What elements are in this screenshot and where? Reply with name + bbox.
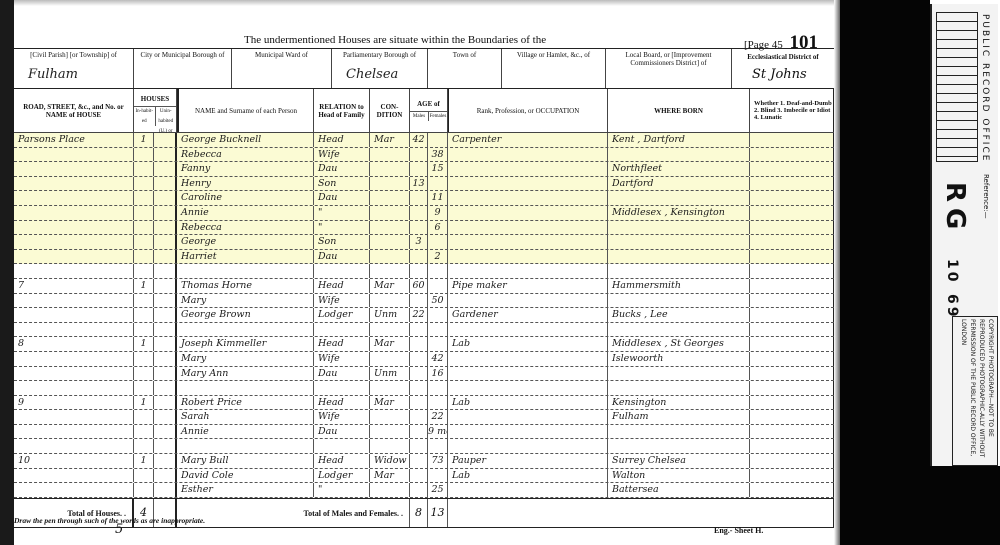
occupation-cell <box>448 294 608 308</box>
address-cell <box>14 235 134 249</box>
total-persons-label: Total of Males and Females. . <box>177 499 410 527</box>
reference-code: RG <box>940 182 970 235</box>
inhabited-cell <box>134 177 154 191</box>
table-row: Parsons Place1George BucknellHeadMar42Ca… <box>14 133 834 148</box>
uninhabited-cell <box>154 235 177 249</box>
scan-top-edge <box>14 0 834 6</box>
col-age: AGE of Males Females <box>410 89 448 132</box>
condition-cell: Widow <box>370 454 410 468</box>
address-cell: Parsons Place <box>14 133 134 147</box>
occupation-cell <box>448 367 608 381</box>
condition-cell: Unm <box>370 367 410 381</box>
age-female-cell <box>428 337 448 351</box>
admin-parl-borough: Parliamentary Borough of Chelsea <box>332 49 428 88</box>
where-born-cell: Walton <box>608 469 750 483</box>
occupation-cell <box>448 439 608 453</box>
condition-cell: Mar <box>370 133 410 147</box>
uninhabited-cell <box>154 323 177 337</box>
condition-cell <box>370 177 410 191</box>
uninhabited-cell <box>154 162 177 176</box>
address-cell: 7 <box>14 279 134 293</box>
admin-ecclesiastical: Ecclesiastical District of St Johns <box>732 48 834 88</box>
address-cell <box>14 469 134 483</box>
age-male-cell <box>410 483 428 497</box>
inhabited-cell <box>134 352 154 366</box>
copyright-notice: COPYRIGHT PHOTOGRAPH—NOT TO BE REPRODUCE… <box>952 316 998 466</box>
condition-cell <box>370 294 410 308</box>
age-female-cell <box>428 381 448 395</box>
name-cell: Henry <box>177 177 314 191</box>
relation-cell: Head <box>314 337 370 351</box>
age-male-cell: 13 <box>410 177 428 191</box>
where-born-cell <box>608 250 750 264</box>
name-cell: Mary <box>177 294 314 308</box>
address-cell <box>14 483 134 497</box>
inhabited-cell: 1 <box>134 396 154 410</box>
relation-cell: Head <box>314 279 370 293</box>
infirmity-cell <box>750 250 834 264</box>
address-cell <box>14 191 134 205</box>
sheet-banner: The undermentioned Houses are situate wi… <box>244 34 546 46</box>
inhabited-cell: 1 <box>134 133 154 147</box>
admin-parish: [Civil Parish] [or Township] of Fulham <box>14 49 134 88</box>
scan-bottom-corner <box>930 466 1000 545</box>
name-cell: Esther <box>177 483 314 497</box>
age-male-cell <box>410 352 428 366</box>
table-row: AnnieDau9 mo <box>14 425 834 440</box>
age-male-cell <box>410 221 428 235</box>
infirmity-cell <box>750 133 834 147</box>
infirmity-cell <box>750 148 834 162</box>
col-occupation: Rank, Profession, or OCCUPATION <box>448 89 608 132</box>
inhabited-cell <box>134 323 154 337</box>
infirmity-cell <box>750 264 834 278</box>
infirmity-cell <box>750 294 834 308</box>
uninhabited-cell <box>154 352 177 366</box>
table-row: HarrietDau2 <box>14 250 834 265</box>
uninhabited-cell <box>154 439 177 453</box>
age-female-cell: 6 <box>428 221 448 235</box>
inhabited-cell <box>134 483 154 497</box>
age-female-cell: 22 <box>428 410 448 424</box>
age-female-cell: 15 <box>428 162 448 176</box>
uninhabited-cell <box>154 191 177 205</box>
age-male-cell <box>410 294 428 308</box>
relation-cell: " <box>314 221 370 235</box>
age-female-cell: 73 <box>428 454 448 468</box>
relation-cell: Wife <box>314 410 370 424</box>
address-cell <box>14 177 134 191</box>
archive-reference-strip: PUBLIC RECORD OFFICE Reference:— RG 10 6… <box>930 4 998 466</box>
relation-cell: Dau <box>314 367 370 381</box>
age-male-cell <box>410 396 428 410</box>
age-female-cell <box>428 279 448 293</box>
name-cell: Joseph Kimmeller <box>177 337 314 351</box>
address-cell <box>14 410 134 424</box>
uninhabited-cell <box>154 410 177 424</box>
relation-cell: Lodger <box>314 469 370 483</box>
infirmity-cell <box>750 221 834 235</box>
age-male-cell: 42 <box>410 133 428 147</box>
address-cell <box>14 381 134 395</box>
relation-cell <box>314 439 370 453</box>
inhabited-cell <box>134 410 154 424</box>
age-male-cell <box>410 425 428 439</box>
relation-cell: Dau <box>314 162 370 176</box>
relation-cell <box>314 323 370 337</box>
table-row: GeorgeSon3 <box>14 235 834 250</box>
age-female-cell: 16 <box>428 367 448 381</box>
name-cell <box>177 323 314 337</box>
inhabited-cell <box>134 294 154 308</box>
relation-cell: Wife <box>314 352 370 366</box>
age-female-cell <box>428 439 448 453</box>
total-females: 13 <box>428 499 448 527</box>
condition-cell <box>370 264 410 278</box>
col-uninhabited: Unin-habited (U.) or Building (B.) <box>156 107 177 126</box>
uninhabited-cell <box>154 264 177 278</box>
name-cell: Robert Price <box>177 396 314 410</box>
age-female-cell <box>428 133 448 147</box>
condition-cell <box>370 381 410 395</box>
infirmity-cell <box>750 410 834 424</box>
table-row: 81Joseph KimmellerHeadMarLabMiddlesex , … <box>14 337 834 352</box>
where-born-cell: Hammersmith <box>608 279 750 293</box>
uninhabited-cell <box>154 294 177 308</box>
table-row: HenrySon13Dartford <box>14 177 834 192</box>
age-female-cell <box>428 235 448 249</box>
where-born-cell <box>608 264 750 278</box>
age-male-cell <box>410 191 428 205</box>
age-male-cell <box>410 469 428 483</box>
age-female-cell: 50 <box>428 294 448 308</box>
address-cell <box>14 352 134 366</box>
condition-cell: Mar <box>370 279 410 293</box>
address-cell: 10 <box>14 454 134 468</box>
address-cell <box>14 162 134 176</box>
occupation-cell <box>448 235 608 249</box>
where-born-cell <box>608 148 750 162</box>
where-born-cell: Kent , Dartford <box>608 133 750 147</box>
where-born-cell <box>608 381 750 395</box>
uninhabited-cell <box>154 381 177 395</box>
age-female-cell <box>428 396 448 410</box>
name-cell: David Cole <box>177 469 314 483</box>
name-cell: George Brown <box>177 308 314 322</box>
condition-cell <box>370 148 410 162</box>
occupation-cell <box>448 250 608 264</box>
table-row: Mary AnnDauUnm16 <box>14 367 834 382</box>
age-male-cell <box>410 148 428 162</box>
occupation-cell: Pauper <box>448 454 608 468</box>
address-cell: 9 <box>14 396 134 410</box>
age-male-cell <box>410 337 428 351</box>
table-row: Annie"9Middlesex , Kensington <box>14 206 834 221</box>
address-cell: 8 <box>14 337 134 351</box>
address-cell <box>14 206 134 220</box>
condition-cell: Unm <box>370 308 410 322</box>
inhabited-cell <box>134 381 154 395</box>
occupation-cell: Gardener <box>448 308 608 322</box>
name-cell: Rebecca <box>177 148 314 162</box>
scale-ruler <box>936 12 978 162</box>
occupation-cell <box>448 148 608 162</box>
col-where-born: WHERE BORN <box>608 89 750 132</box>
col-name: NAME and Surname of each Person <box>177 89 314 132</box>
age-male-cell: 3 <box>410 235 428 249</box>
col-age-males: Males <box>410 112 429 121</box>
relation-cell: " <box>314 206 370 220</box>
infirmity-cell <box>750 323 834 337</box>
col-condition: CON-DITION <box>370 89 410 132</box>
relation-cell: Son <box>314 235 370 249</box>
occupation-cell <box>448 206 608 220</box>
age-male-cell <box>410 250 428 264</box>
address-cell <box>14 367 134 381</box>
admin-village: Village or Hamlet, &c., of <box>502 49 606 88</box>
name-cell: Mary Ann <box>177 367 314 381</box>
relation-cell <box>314 264 370 278</box>
age-male-cell <box>410 323 428 337</box>
uninhabited-cell <box>154 337 177 351</box>
condition-cell <box>370 352 410 366</box>
inhabited-cell <box>134 250 154 264</box>
inhabited-cell <box>134 221 154 235</box>
address-cell <box>14 323 134 337</box>
table-row <box>14 323 834 338</box>
occupation-cell <box>448 162 608 176</box>
table-body: Parsons Place1George BucknellHeadMar42Ca… <box>14 133 834 498</box>
name-cell: Caroline <box>177 191 314 205</box>
address-cell <box>14 425 134 439</box>
where-born-cell <box>608 294 750 308</box>
uninhabited-cell <box>154 483 177 497</box>
where-born-cell: Battersea <box>608 483 750 497</box>
where-born-cell: Surrey Chelsea <box>608 454 750 468</box>
relation-cell <box>314 381 370 395</box>
where-born-cell <box>608 367 750 381</box>
table-row: David ColeLodgerMarLabWalton <box>14 469 834 484</box>
table-row <box>14 264 834 279</box>
relation-cell: Lodger <box>314 308 370 322</box>
inhabited-cell <box>134 308 154 322</box>
infirmity-cell <box>750 454 834 468</box>
inhabited-cell: 1 <box>134 337 154 351</box>
name-cell: Fanny <box>177 162 314 176</box>
where-born-cell <box>608 221 750 235</box>
where-born-cell: Kensington <box>608 396 750 410</box>
condition-cell <box>370 483 410 497</box>
where-born-cell <box>608 191 750 205</box>
relation-cell: Head <box>314 133 370 147</box>
age-male-cell <box>410 162 428 176</box>
age-female-cell: 11 <box>428 191 448 205</box>
occupation-cell <box>448 381 608 395</box>
table-row: RebeccaWife38 <box>14 148 834 163</box>
uninhabited-cell <box>154 396 177 410</box>
relation-cell: " <box>314 483 370 497</box>
relation-cell: Head <box>314 396 370 410</box>
age-female-cell <box>428 323 448 337</box>
table-row <box>14 439 834 454</box>
age-female-cell <box>428 264 448 278</box>
condition-cell <box>370 206 410 220</box>
uninhabited-cell <box>154 469 177 483</box>
inhabited-cell <box>134 148 154 162</box>
where-born-cell: Fulham <box>608 410 750 424</box>
where-born-cell: Middlesex , St Georges <box>608 337 750 351</box>
age-female-cell: 9 mo <box>428 425 448 439</box>
table-row: MaryWife50 <box>14 294 834 309</box>
age-female-cell: 42 <box>428 352 448 366</box>
parl-borough-value: Chelsea <box>346 67 398 82</box>
scan-dark-margin <box>840 0 930 545</box>
footnote: Draw the pen through such of the words a… <box>14 516 205 525</box>
address-cell <box>14 221 134 235</box>
condition-cell <box>370 439 410 453</box>
where-born-cell: Islewoorth <box>608 352 750 366</box>
age-female-cell <box>428 177 448 191</box>
age-female-cell: 25 <box>428 483 448 497</box>
infirmity-cell <box>750 206 834 220</box>
condition-cell <box>370 221 410 235</box>
where-born-cell: Middlesex , Kensington <box>608 206 750 220</box>
where-born-cell <box>608 439 750 453</box>
name-cell <box>177 439 314 453</box>
total-males: 8 <box>410 499 428 527</box>
infirmity-cell <box>750 439 834 453</box>
occupation-cell <box>448 483 608 497</box>
inhabited-cell: 1 <box>134 279 154 293</box>
condition-cell <box>370 410 410 424</box>
condition-cell <box>370 250 410 264</box>
inhabited-cell <box>134 439 154 453</box>
address-cell <box>14 439 134 453</box>
age-male-cell: 60 <box>410 279 428 293</box>
col-relation: RELATION to Head of Family <box>314 89 370 132</box>
occupation-cell <box>448 425 608 439</box>
relation-cell: Wife <box>314 294 370 308</box>
infirmity-cell <box>750 337 834 351</box>
age-female-cell <box>428 469 448 483</box>
infirmity-cell <box>750 367 834 381</box>
name-cell: Mary <box>177 352 314 366</box>
where-born-cell: Bucks , Lee <box>608 308 750 322</box>
name-cell: Harriet <box>177 250 314 264</box>
table-row: CarolineDau11 <box>14 191 834 206</box>
where-born-cell <box>608 323 750 337</box>
table-row: Rebecca"6 <box>14 221 834 236</box>
where-born-cell <box>608 235 750 249</box>
age-male-cell <box>410 381 428 395</box>
where-born-cell: Dartford <box>608 177 750 191</box>
name-cell <box>177 381 314 395</box>
name-cell: Annie <box>177 206 314 220</box>
name-cell <box>177 264 314 278</box>
name-cell: Annie <box>177 425 314 439</box>
infirmity-cell <box>750 308 834 322</box>
occupation-cell <box>448 191 608 205</box>
occupation-cell: Carpenter <box>448 133 608 147</box>
occupation-cell <box>448 410 608 424</box>
age-male-cell <box>410 439 428 453</box>
condition-cell <box>370 323 410 337</box>
ecclesiastical-value: St Johns <box>752 67 807 82</box>
reference-num: 10 <box>944 259 960 284</box>
condition-cell <box>370 162 410 176</box>
inhabited-cell <box>134 469 154 483</box>
uninhabited-cell <box>154 221 177 235</box>
condition-cell: Mar <box>370 337 410 351</box>
uninhabited-cell <box>154 425 177 439</box>
inhabited-cell <box>134 191 154 205</box>
infirmity-cell <box>750 469 834 483</box>
condition-cell <box>370 191 410 205</box>
inhabited-cell <box>134 425 154 439</box>
table-row: 91Robert PriceHeadMarLabKensington <box>14 396 834 411</box>
uninhabited-cell <box>154 133 177 147</box>
condition-cell <box>370 425 410 439</box>
col-infirmity: Whether 1. Deaf-and-Dumb 2. Blind 3. Imb… <box>750 89 834 132</box>
condition-cell: Mar <box>370 396 410 410</box>
inhabited-cell <box>134 162 154 176</box>
relation-cell: Wife <box>314 148 370 162</box>
inhabited-cell <box>134 264 154 278</box>
col-houses: HOUSES In-habit-ed Unin-habited (U.) or … <box>134 89 177 132</box>
infirmity-cell <box>750 235 834 249</box>
table-row: MaryWife42Islewoorth <box>14 352 834 367</box>
inhabited-cell <box>134 367 154 381</box>
age-female-cell: 9 <box>428 206 448 220</box>
address-cell <box>14 294 134 308</box>
relation-cell: Head <box>314 454 370 468</box>
condition-cell <box>370 235 410 249</box>
table-row: 101Mary BullHeadWidow73PauperSurrey Chel… <box>14 454 834 469</box>
address-cell <box>14 250 134 264</box>
table-row: SarahWife22Fulham <box>14 410 834 425</box>
infirmity-cell <box>750 483 834 497</box>
occupation-cell <box>448 264 608 278</box>
name-cell: George <box>177 235 314 249</box>
age-male-cell <box>410 206 428 220</box>
infirmity-cell <box>750 162 834 176</box>
age-male-cell <box>410 410 428 424</box>
where-born-cell: Northfleet <box>608 162 750 176</box>
infirmity-cell <box>750 177 834 191</box>
name-cell: George Bucknell <box>177 133 314 147</box>
occupation-cell <box>448 323 608 337</box>
relation-cell: Dau <box>314 191 370 205</box>
table-header: ROAD, STREET, &c., and No. or NAME of HO… <box>14 89 834 133</box>
name-cell: Rebecca <box>177 221 314 235</box>
address-cell <box>14 148 134 162</box>
occupation-cell <box>448 221 608 235</box>
uninhabited-cell <box>154 454 177 468</box>
age-male-cell <box>410 367 428 381</box>
parish-value: Fulham <box>28 67 78 82</box>
occupation-cell: Lab <box>448 396 608 410</box>
age-female-cell <box>428 308 448 322</box>
admin-districts: [Civil Parish] [or Township] of Fulham C… <box>14 48 732 88</box>
name-cell: Thomas Horne <box>177 279 314 293</box>
uninhabited-cell <box>154 308 177 322</box>
occupation-cell <box>448 177 608 191</box>
scan-left-edge <box>0 0 14 545</box>
reference-label: Reference:— <box>982 174 990 219</box>
inhabited-cell: 1 <box>134 454 154 468</box>
admin-city: City or Municipal Borough of <box>134 49 232 88</box>
uninhabited-cell <box>154 206 177 220</box>
